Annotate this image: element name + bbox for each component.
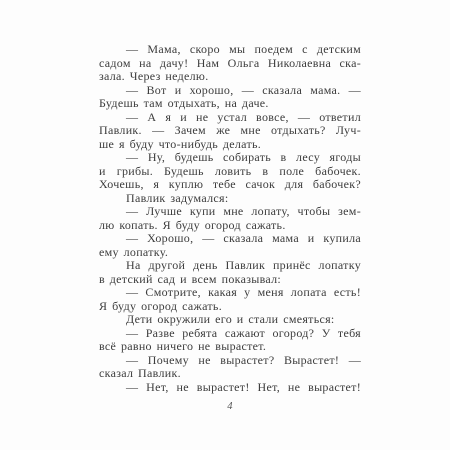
text-line: всё равно ничего не вырастет. [99, 340, 361, 354]
text-line: ше я буду что-нибудь делать. [99, 138, 361, 152]
text-line: — Разве ребята сажают огород? У тебя [99, 327, 361, 341]
text-line: в детский сад и всем показывал: [99, 273, 361, 287]
paragraph: — Разве ребята сажают огород? У тебявсё … [99, 327, 361, 354]
text-line: садом на дачу! Нам Ольга Николаевна ска- [99, 57, 361, 71]
paragraph: — Мама, скоро мы поедем с детскимсадом н… [99, 43, 361, 84]
paragraph: — Ну, будешь собирать в лесу ягодыи гриб… [99, 151, 361, 192]
text-line: — Вот и хорошо, — сказала мама. — [99, 84, 361, 98]
page-number: 4 [99, 401, 361, 412]
paragraph: — Хорошо, — сказала мама и купилаему лоп… [99, 232, 361, 259]
text-line: и грибы. Будешь ловить в поле бабочек. [99, 165, 361, 179]
text-line: — А я и не устал вовсе, — ответил [99, 111, 361, 125]
text-line: — Мама, скоро мы поедем с детским [99, 43, 361, 57]
text-line: зала. Через неделю. [99, 70, 361, 84]
text-line: — Почему не вырастет? Вырастет! — [99, 354, 361, 368]
paragraph: На другой день Павлик принёс лопаткув де… [99, 259, 361, 286]
story-text: — Мама, скоро мы поедем с детскимсадом н… [99, 43, 361, 394]
text-line: — Хорошо, — сказала мама и купила [99, 232, 361, 246]
text-line: ему лопатку. [99, 246, 361, 260]
text-line: Хочешь, я куплю тебе сачок для бабочек? [99, 178, 361, 192]
text-line: Я буду огород сажать. [99, 300, 361, 314]
paragraph: — А я и не устал вовсе, — ответилПавлик.… [99, 111, 361, 152]
text-line: Павлик. — Зачем же мне отдыхать? Луч- [99, 124, 361, 138]
text-line: Павлик задумался: [99, 192, 361, 206]
text-line: — Нет, не вырастет! Нет, не вырастет! [99, 381, 361, 395]
text-line: лю копать. Я буду огород сажать. [99, 219, 361, 233]
paragraph: Дети окружили его и стали смеяться: [99, 313, 361, 327]
text-line: сказал Павлик. [99, 367, 361, 381]
paragraph: — Вот и хорошо, — сказала мама. —Будешь … [99, 84, 361, 111]
text-line: Будешь там отдыхать, на даче. [99, 97, 361, 111]
text-line: — Ну, будешь собирать в лесу ягоды [99, 151, 361, 165]
paragraph: — Нет, не вырастет! Нет, не вырастет! [99, 381, 361, 395]
paragraph: — Смотрите, какая у меня лопата есть!Я б… [99, 286, 361, 313]
text-line: — Смотрите, какая у меня лопата есть! [99, 286, 361, 300]
book-page: — Мама, скоро мы поедем с детскимсадом н… [0, 0, 450, 450]
paragraph: Павлик задумался: [99, 192, 361, 206]
text-line: — Лучше купи мне лопату, чтобы зем- [99, 205, 361, 219]
text-line: На другой день Павлик принёс лопатку [99, 259, 361, 273]
paragraph: — Почему не вырастет? Вырастет! —сказал … [99, 354, 361, 381]
paragraph: — Лучше купи мне лопату, чтобы зем-лю ко… [99, 205, 361, 232]
text-line: Дети окружили его и стали смеяться: [99, 313, 361, 327]
